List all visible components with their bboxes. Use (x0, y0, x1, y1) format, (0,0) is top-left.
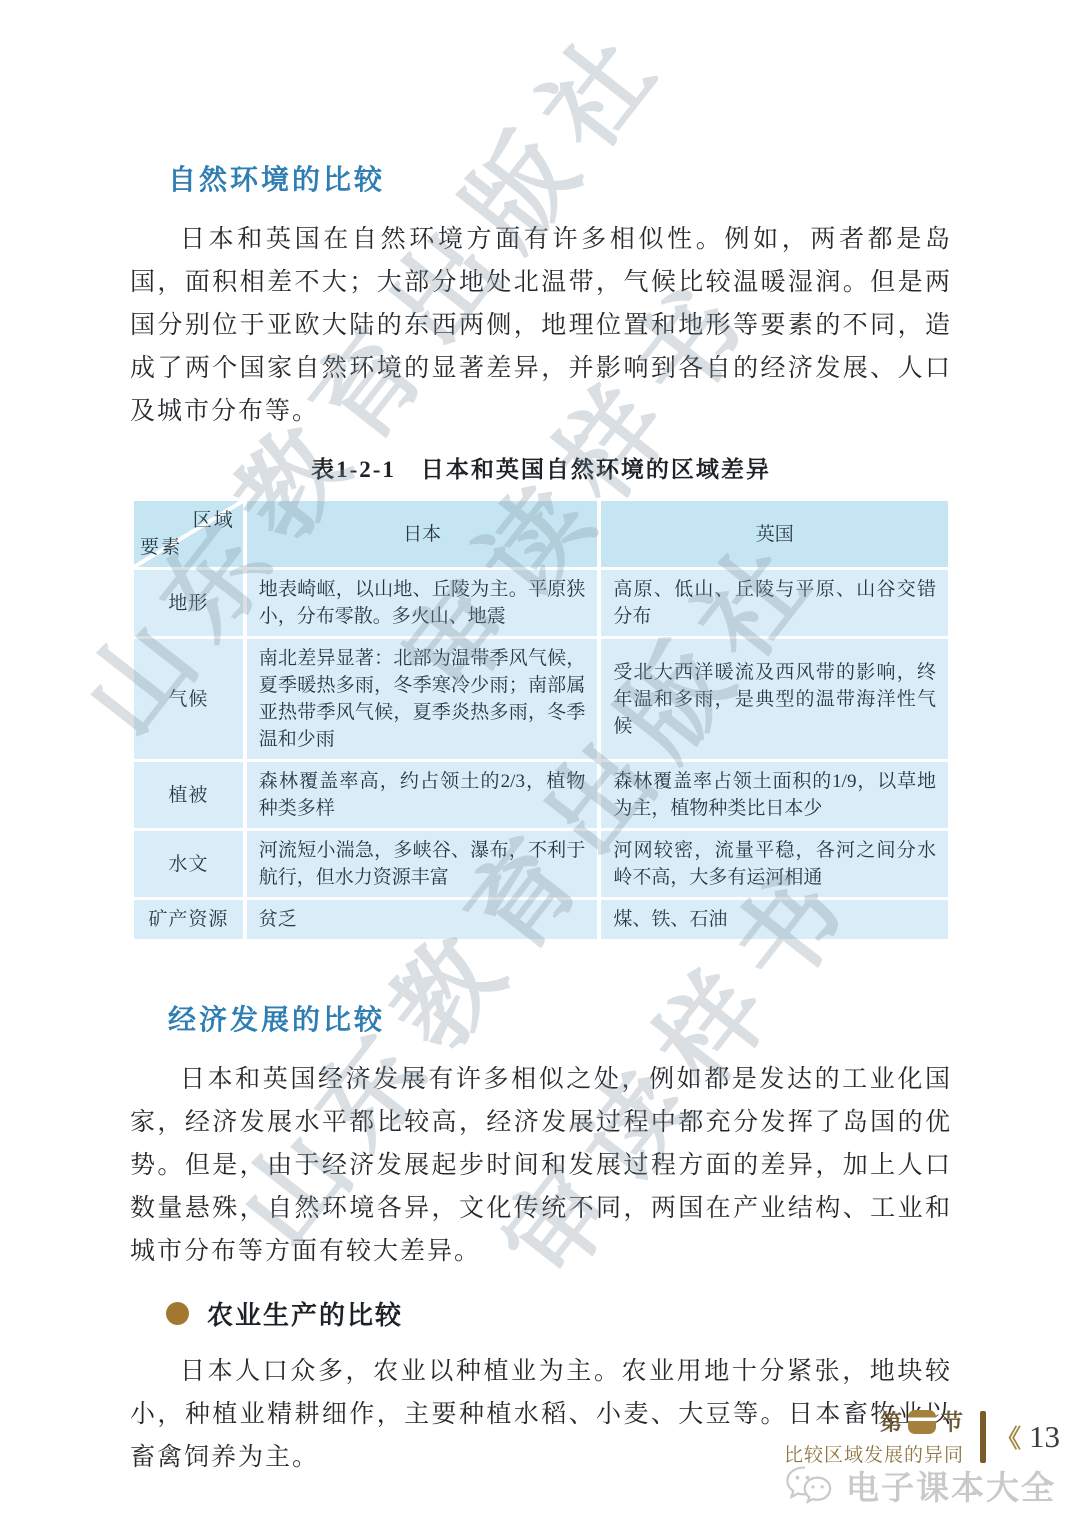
brand-watermark-text: 电子课本大全 (846, 1462, 1056, 1509)
table-row-hydrology: 水文 河流短小湍急，多峡谷、瀑布，不利于航行，但水力资源丰富 河网较密，流量平稳… (134, 831, 948, 897)
corner-label-factor: 要素 (140, 534, 182, 561)
row-label: 植被 (134, 762, 243, 828)
corner-label-region: 区域 (193, 507, 235, 534)
page-number: 13 (1029, 1419, 1060, 1455)
row-label: 地形 (134, 570, 243, 636)
cell-japan: 贫乏 (247, 900, 598, 939)
row-label: 气候 (134, 639, 243, 759)
table-title: 表1-2-1 日本和英国自然环境的区域差异 (130, 451, 952, 484)
cell-japan: 南北差异显著：北部为温带季风气候，夏季暖热多雨，冬季寒冷少雨；南部属亚热带季风气… (247, 639, 598, 759)
table-corner-cell: 区域 要素 (134, 501, 243, 567)
cell-japan: 森林覆盖率高，约占领土的2/3，植物种类多样 (247, 762, 598, 828)
table-row-vegetation: 植被 森林覆盖率高，约占领土的2/3，植物种类多样 森林覆盖率占领土面积的1/9… (134, 762, 948, 828)
footer-section-prefix: 第 (880, 1406, 903, 1437)
cell-uk: 森林覆盖率占领土面积的1/9，以草地为主，植物种类比日本少 (601, 762, 948, 828)
column-header-japan: 日本 (247, 501, 598, 567)
cell-uk: 河网较密，流量平稳，各河之间分水岭不高，大多有运河相通 (601, 831, 948, 897)
footer-section-line: 第 节 (784, 1406, 964, 1437)
book-icon (908, 1410, 936, 1434)
cell-uk: 高原、低山、丘陵与平原、山谷交错分布 (601, 570, 948, 636)
paragraph-natural-environment: 日本和英国在自然环境方面有许多相似性。例如，两者都是岛国，面积相差不大；大部分地… (130, 218, 952, 433)
guillemet-icon: 《 (996, 1419, 1021, 1455)
brand-watermark: 电子课本大全 (784, 1462, 1056, 1509)
subsection-label: 农业生产的比较 (207, 1295, 403, 1332)
cell-uk: 煤、铁、石油 (601, 900, 948, 939)
comparison-table: 区域 要素 日本 英国 地形 地表崎岖，以山地、丘陵为主。平原狭小，分布零散。多… (130, 498, 952, 942)
subsection-heading-agriculture: 农业生产的比较 (166, 1295, 952, 1332)
footer-section-suffix: 节 (941, 1406, 964, 1437)
table-header-row: 区域 要素 日本 英国 (134, 501, 948, 567)
footer-labels: 第 节 比较区域发展的异同 (784, 1406, 964, 1467)
section-heading-natural-environment: 自然环境的比较 (168, 158, 952, 198)
cell-uk: 受北大西洋暖流及西风带的影响，终年温和多雨，是典型的温带海洋性气候 (601, 639, 948, 759)
page-footer: 第 节 比较区域发展的异同 《 13 (784, 1406, 1060, 1467)
row-label: 矿产资源 (134, 900, 243, 939)
row-label: 水文 (134, 831, 243, 897)
cell-japan: 地表崎岖，以山地、丘陵为主。平原狭小，分布零散。多火山、地震 (247, 570, 598, 636)
column-header-uk: 英国 (601, 501, 948, 567)
page-content: 自然环境的比较 日本和英国在自然环境方面有许多相似性。例如，两者都是岛国，面积相… (130, 158, 952, 1493)
textbook-page: 山东教育出版社 审读样书 山东教育出版社 审读样书 自然环境的比较 日本和英国在… (0, 0, 1080, 1537)
table-row-terrain: 地形 地表崎岖，以山地、丘陵为主。平原狭小，分布零散。多火山、地震 高原、低山、… (134, 570, 948, 636)
cell-japan: 河流短小湍急，多峡谷、瀑布，不利于航行，但水力资源丰富 (247, 831, 598, 897)
table-row-minerals: 矿产资源 贫乏 煤、铁、石油 (134, 900, 948, 939)
table-row-climate: 气候 南北差异显著：北部为温带季风气候，夏季暖热多雨，冬季寒冷少雨；南部属亚热带… (134, 639, 948, 759)
footer-divider-bar (980, 1411, 986, 1463)
paragraph-economic-development: 日本和英国经济发展有许多相似之处，例如都是发达的工业化国家，经济发展水平都比较高… (130, 1058, 952, 1273)
wechat-icon (784, 1464, 836, 1508)
bullet-icon (166, 1302, 189, 1325)
section-heading-economic-development: 经济发展的比较 (168, 998, 952, 1038)
